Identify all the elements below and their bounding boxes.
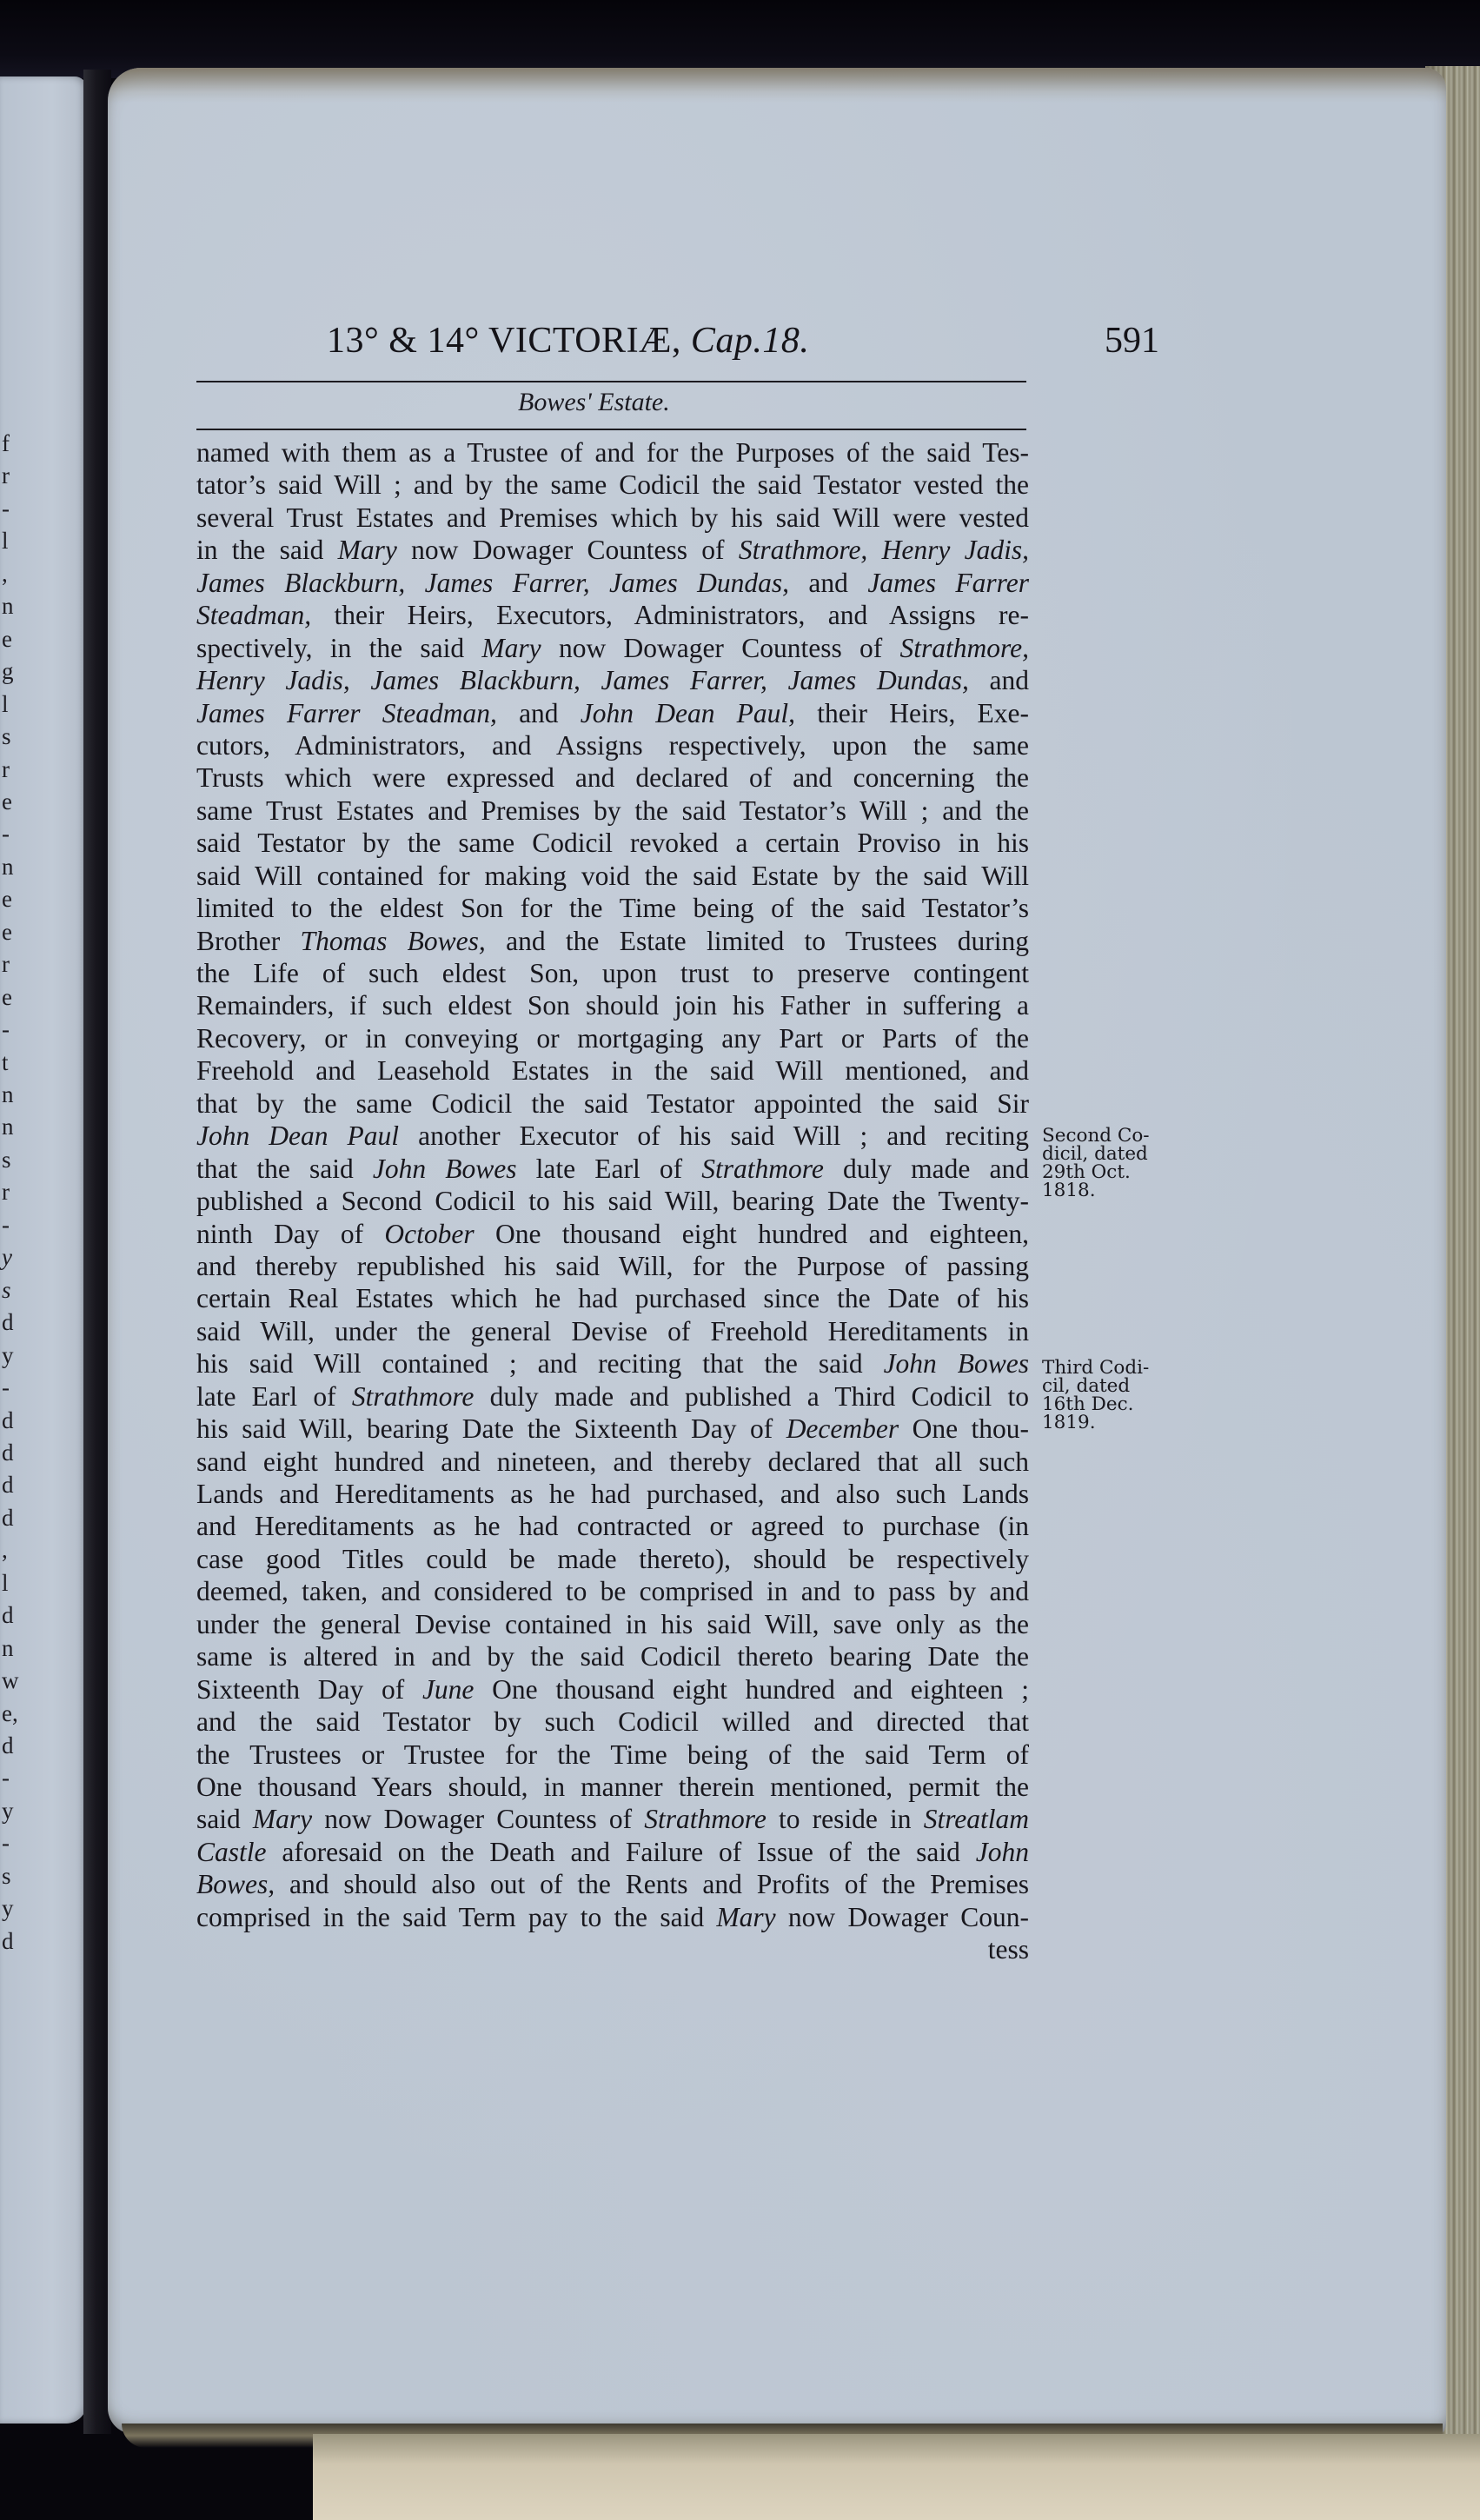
running-head: 13° & 14° VICTORIÆ, Cap.18. (196, 320, 1031, 369)
text-line: said Mary now Dowager Countess of Strath… (196, 1803, 1029, 1835)
text-line: Brother Thomas Bowes, and the Estate lim… (196, 925, 1029, 957)
text-run: tator’s said Will ; and by the same Codi… (196, 469, 1029, 500)
text-run: and the Estate limited to Trustees durin… (486, 926, 1029, 956)
text-line: that the said John Bowes late Earl of St… (196, 1153, 1029, 1185)
left-page-fragment: l (2, 529, 21, 553)
text-run: Sixteenth Day of (196, 1674, 422, 1705)
text-line: Bowes, and should also out of the Rents … (196, 1868, 1029, 1900)
text-run: sand eight hundred and nineteen, and the… (196, 1446, 1029, 1477)
margin-note-line: 16th Dec. (1042, 1395, 1155, 1413)
text-line: said Will contained for making void the … (196, 860, 1029, 892)
left-page-fragment: g (2, 660, 21, 683)
left-page-fragment: e, (2, 1702, 21, 1725)
italic-run: Streatlam (924, 1804, 1029, 1834)
italic-run: Castle (196, 1837, 267, 1867)
text-line: his said Will, bearing Date the Sixteent… (196, 1413, 1029, 1445)
text-run: One thousand eight hundred and eighteen … (474, 1674, 1029, 1705)
text-line: said Will, under the general Devise of F… (196, 1315, 1029, 1347)
left-page-fragment: n (2, 1637, 21, 1660)
text-run: late Earl of (517, 1154, 702, 1184)
italic-run: Mary (481, 633, 541, 663)
left-page-fragment: l (2, 693, 21, 716)
italic-run: John Bowes (373, 1154, 517, 1184)
left-page-fragment: - (2, 1766, 21, 1790)
left-page-fragment: n (2, 855, 21, 879)
italic-run: Strathmore (701, 1154, 824, 1184)
text-run: tess (988, 1934, 1029, 1965)
text-line: Lands and Hereditaments as he had purcha… (196, 1478, 1029, 1510)
text-line: tess (196, 1933, 1029, 1965)
left-page-fragment: - (2, 822, 21, 846)
margin-note-line: Third Codi- (1042, 1359, 1155, 1377)
italic-run: Thomas Bowes, (301, 926, 486, 956)
section-title-text: Bowes' Estate. (518, 388, 670, 416)
left-page-fragment: e (2, 921, 21, 944)
italic-run: Strathmore, Henry Jadis, (739, 535, 1029, 565)
text-line: same Trust Estates and Premises by the s… (196, 795, 1029, 827)
text-line: cutors, Administrators, and Assigns resp… (196, 729, 1029, 761)
text-run: now Dowager Countess of (312, 1804, 644, 1834)
body-text: named with them as a Trustee of and for … (196, 436, 1029, 1966)
text-run: in the said (196, 535, 338, 565)
text-run: Lands and Hereditaments as he had purcha… (196, 1479, 1029, 1509)
text-run: deemed, taken, and considered to be comp… (196, 1576, 1029, 1606)
italic-run: Steadman, (196, 600, 311, 630)
header-rule-bottom (196, 429, 1026, 430)
text-run: Freehold and Leasehold Estates in the sa… (196, 1055, 1029, 1086)
text-run: duly made and published a Third Codicil … (474, 1381, 1029, 1412)
italic-run: John (976, 1837, 1029, 1867)
chapter-number: Cap.18. (691, 321, 810, 361)
left-page-fragment: l (2, 1572, 21, 1595)
italic-run: Strathmore (644, 1804, 767, 1834)
text-run: the Life of such eldest Son, upon trust … (196, 958, 1029, 988)
text-run: named with them as a Trustee of and for … (196, 437, 1029, 468)
left-page-fragment: d (2, 1930, 21, 1953)
text-run: that the said (196, 1154, 373, 1184)
margin-note-line: Second Co- (1042, 1127, 1155, 1145)
text-run: case good Titles could be made thereto),… (196, 1544, 1029, 1574)
text-run: duly made and (824, 1154, 1029, 1184)
margin-note-third-codicil: Third Codi- cil, dated 16th Dec. 1819. (1042, 1359, 1155, 1432)
text-run: their Heirs, Exe- (795, 698, 1029, 728)
text-line: late Earl of Strathmore duly made and pu… (196, 1380, 1029, 1413)
text-run: and thereby republished his said Will, f… (196, 1251, 1029, 1281)
margin-note-line: 29th Oct. (1042, 1163, 1155, 1181)
text-run: aforesaid on the Death and Failure of Is… (267, 1837, 976, 1867)
text-line: the Life of such eldest Son, upon trust … (196, 957, 1029, 989)
text-line: his said Will contained ; and reciting t… (196, 1347, 1029, 1380)
margin-note-line: dicil, dated (1042, 1145, 1155, 1163)
left-page-fragment: r (2, 953, 21, 976)
page-number: 591 (1105, 320, 1159, 362)
text-run: and (969, 665, 1029, 695)
left-page-fragment: e (2, 628, 21, 651)
text-line: Castle aforesaid on the Death and Failur… (196, 1836, 1029, 1868)
left-page-fragment: s (2, 725, 21, 748)
left-page-fragment: y (2, 1897, 21, 1920)
left-page-fragment: y (2, 1246, 21, 1269)
text-run: Recovery, or in conveying or mortgaging … (196, 1023, 1029, 1054)
left-page-fragment: r (2, 464, 21, 488)
italic-run: John Dean Paul, (581, 698, 795, 728)
text-run: and the said Testator by such Codicil wi… (196, 1706, 1029, 1737)
running-title: 13° & 14° VICTORIÆ, Cap.18. (327, 320, 809, 362)
left-page-fragment: , (2, 562, 21, 586)
text-run: the Trustees or Trustee for the Time bei… (196, 1739, 1029, 1770)
italic-run: James Blackburn, James Farrer, James Dun… (196, 568, 789, 598)
text-run: said Will contained for making void the … (196, 861, 1029, 891)
margin-note-line: 1819. (1042, 1413, 1155, 1432)
regnal-year: 13° & 14° VICTORIÆ, (327, 321, 681, 361)
text-line: Recovery, or in conveying or mortgaging … (196, 1022, 1029, 1054)
text-run: One thousand Years should, in manner the… (196, 1772, 1029, 1802)
text-line: Trusts which were expressed and declared… (196, 761, 1029, 794)
text-run: their Heirs, Executors, Administrators, … (311, 600, 1029, 630)
text-line: certain Real Estates which he had purcha… (196, 1282, 1029, 1314)
left-page-fragment: , (2, 1539, 21, 1562)
text-run: same is altered in and by the said Codic… (196, 1641, 1029, 1672)
previous-page-edge: fr-l,neglsre-neere-tnnsr-ysdy-dddd,ldnwe… (0, 76, 87, 2424)
left-page-fragment: - (2, 1832, 21, 1855)
left-page-fragment: y (2, 1344, 21, 1367)
text-run: now Dowager Coun- (776, 1902, 1029, 1932)
italic-run: Mary (253, 1804, 312, 1834)
text-run: limited to the eldest Son for the Time b… (196, 893, 1029, 923)
text-run: several Trust Estates and Premises which… (196, 502, 1029, 533)
left-page-fragment: d (2, 1409, 21, 1433)
left-page-fragment: - (2, 1376, 21, 1400)
text-line: Sixteenth Day of June One thousand eight… (196, 1673, 1029, 1705)
left-page-fragment: r (2, 1180, 21, 1204)
text-run: now Dowager Countess of (397, 535, 739, 565)
text-run: under the general Devise contained in hi… (196, 1609, 1029, 1639)
text-line: Freehold and Leasehold Estates in the sa… (196, 1054, 1029, 1087)
text-run: that by the same Codicil the said Testat… (196, 1088, 1029, 1119)
italic-run: December (786, 1413, 899, 1444)
italic-run: John Dean Paul (196, 1120, 399, 1151)
text-run: Brother (196, 926, 301, 956)
top-backdrop (0, 0, 1480, 78)
left-page-fragment: - (2, 497, 21, 521)
text-run: certain Real Estates which he had purcha… (196, 1283, 1029, 1313)
italic-run: Mary (716, 1902, 775, 1932)
text-line: published a Second Codicil to his said W… (196, 1185, 1029, 1217)
text-run: Trusts which were expressed and declared… (196, 762, 1029, 793)
left-page-fragment: d (2, 1441, 21, 1465)
italic-run: October (384, 1219, 474, 1249)
text-line: Henry Jadis, James Blackburn, James Farr… (196, 664, 1029, 696)
text-line: sand eight hundred and nineteen, and the… (196, 1446, 1029, 1478)
text-run: and should also out of the Rents and Pro… (275, 1869, 1029, 1899)
left-page-fragment: d (2, 1311, 21, 1334)
left-page-fragment: y (2, 1799, 21, 1823)
text-line: same is altered in and by the said Codic… (196, 1640, 1029, 1672)
italic-run: Bowes, (196, 1869, 275, 1899)
text-run: and (789, 568, 867, 598)
text-run: ninth Day of (196, 1219, 384, 1249)
text-line: comprised in the said Term pay to the sa… (196, 1901, 1029, 1933)
left-page-fragment: n (2, 595, 21, 618)
text-line: Steadman, their Heirs, Executors, Admini… (196, 599, 1029, 631)
page-top-foxing (108, 68, 1446, 103)
margin-note-line: 1818. (1042, 1181, 1155, 1200)
left-page-fragment: e (2, 790, 21, 814)
text-line: Remainders, if such eldest Son should jo… (196, 989, 1029, 1021)
torn-underlying-page (313, 2434, 1480, 2520)
text-line: that by the same Codicil the said Testat… (196, 1087, 1029, 1120)
text-line: One thousand Years should, in manner the… (196, 1771, 1029, 1803)
left-page-fragment: f (2, 432, 21, 455)
text-run: Remainders, if such eldest Son should jo… (196, 990, 1029, 1021)
text-line: James Blackburn, James Farrer, James Dun… (196, 567, 1029, 599)
text-line: several Trust Estates and Premises which… (196, 502, 1029, 534)
text-run: late Earl of (196, 1381, 352, 1412)
left-page-fragment: d (2, 1604, 21, 1627)
text-run: comprised in the said Term pay to the sa… (196, 1902, 716, 1932)
text-run: spectively, in the said (196, 633, 481, 663)
margin-note-second-codicil: Second Co- dicil, dated 29th Oct. 1818. (1042, 1127, 1155, 1200)
text-line: case good Titles could be made thereto),… (196, 1543, 1029, 1575)
left-page-fragment: t (2, 1051, 21, 1074)
left-page-fragment: s (2, 1279, 21, 1302)
left-page-fragment: e (2, 986, 21, 1009)
italic-run: Strathmore, (900, 633, 1029, 663)
left-page-fragment: r (2, 758, 21, 781)
italic-run: Strathmore (352, 1381, 475, 1412)
left-page-fragment: d (2, 1473, 21, 1497)
left-page-fragment: s (2, 1148, 21, 1172)
text-run: and (497, 698, 581, 728)
text-line: limited to the eldest Son for the Time b… (196, 892, 1029, 924)
text-line: in the said Mary now Dowager Countess of… (196, 534, 1029, 566)
italic-run: June (422, 1674, 474, 1705)
italic-run: James Farrer Steadman, (196, 698, 497, 728)
text-run: One thou- (899, 1413, 1029, 1444)
left-page-fragment: n (2, 1115, 21, 1139)
text-line: James Farrer Steadman, and John Dean Pau… (196, 697, 1029, 729)
text-line: John Dean Paul another Executor of his s… (196, 1120, 1029, 1152)
text-run: same Trust Estates and Premises by the s… (196, 795, 1029, 826)
section-title: Bowes' Estate. (196, 388, 1026, 417)
text-run: his said Will, bearing Date the Sixteent… (196, 1413, 786, 1444)
left-page-fragment: - (2, 1018, 21, 1041)
italic-run: Mary (338, 535, 397, 565)
text-run: and Hereditaments as he had contracted o… (196, 1511, 1029, 1541)
text-run: another Executor of his said Will ; and … (399, 1120, 1029, 1151)
text-run: said Will, under the general Devise of F… (196, 1316, 1029, 1346)
text-run: to reside in (767, 1804, 924, 1834)
text-run: published a Second Codicil to his said W… (196, 1186, 1029, 1216)
left-page-fragment: - (2, 1213, 21, 1237)
text-line: named with them as a Trustee of and for … (196, 436, 1029, 469)
left-page-fragment: d (2, 1506, 21, 1530)
text-line: spectively, in the said Mary now Dowager… (196, 632, 1029, 664)
text-run: said Testator by the same Codicil revoke… (196, 828, 1029, 858)
italic-run: John Bowes (884, 1348, 1029, 1379)
text-line: ninth Day of October One thousand eight … (196, 1218, 1029, 1250)
text-run: now Dowager Countess of (541, 633, 900, 663)
text-run: said (196, 1804, 253, 1834)
left-page-fragment: n (2, 1083, 21, 1107)
left-page-fragment: e (2, 888, 21, 911)
text-line: deemed, taken, and considered to be comp… (196, 1575, 1029, 1607)
italic-run: Henry Jadis, James Blackburn, James Farr… (196, 665, 969, 695)
margin-note-line: cil, dated (1042, 1377, 1155, 1395)
text-run: One thousand eight hundred and eighteen, (475, 1219, 1029, 1249)
left-page-fragment: d (2, 1734, 21, 1758)
text-line: the Trustees or Trustee for the Time bei… (196, 1739, 1029, 1771)
text-line: and the said Testator by such Codicil wi… (196, 1705, 1029, 1738)
text-line: said Testator by the same Codicil revoke… (196, 827, 1029, 859)
italic-run: James Farrer (867, 568, 1029, 598)
text-run: his said Will contained ; and reciting t… (196, 1348, 884, 1379)
text-line: and Hereditaments as he had contracted o… (196, 1510, 1029, 1542)
text-run: cutors, Administrators, and Assigns resp… (196, 730, 1029, 761)
text-line: tator’s said Will ; and by the same Codi… (196, 469, 1029, 501)
text-line: under the general Devise contained in hi… (196, 1608, 1029, 1640)
left-page-fragment: s (2, 1865, 21, 1888)
text-line: and thereby republished his said Will, f… (196, 1250, 1029, 1282)
header-rule-top (196, 381, 1026, 382)
left-page-fragment: w (2, 1669, 21, 1692)
